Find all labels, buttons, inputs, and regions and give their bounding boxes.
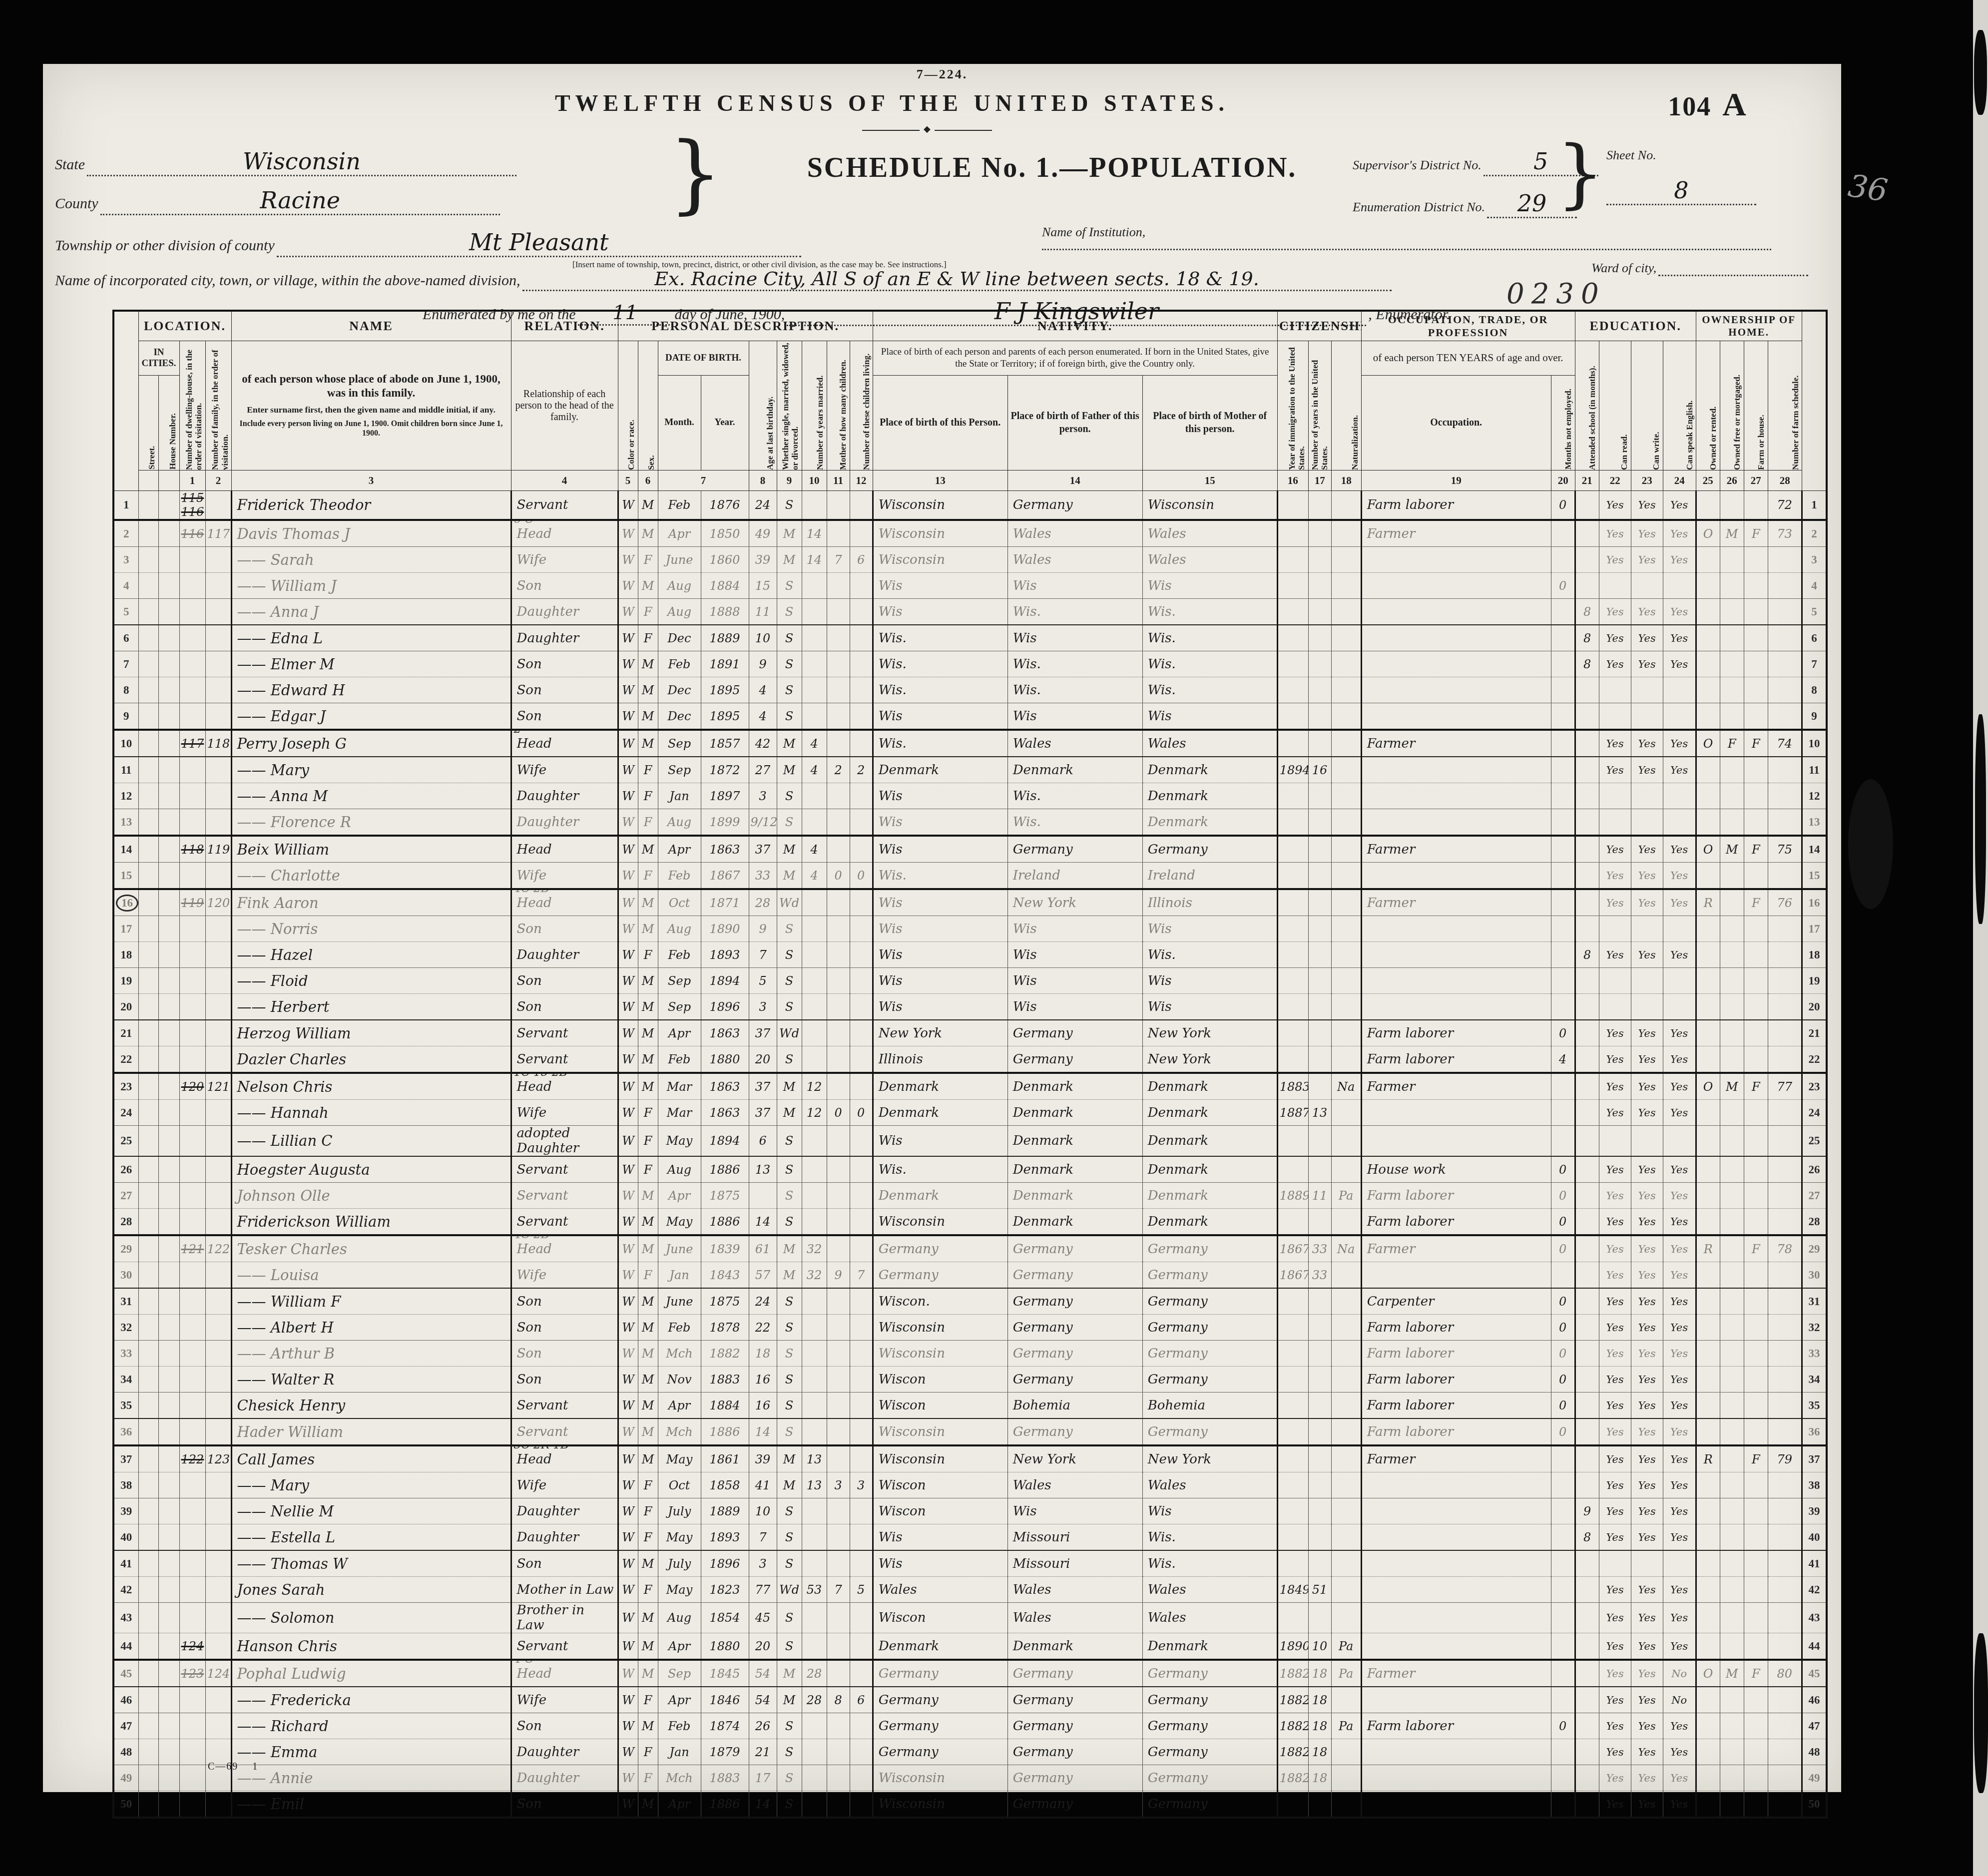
family-number-cell xyxy=(205,1100,231,1126)
street-cell xyxy=(138,1418,158,1445)
pob-mother-cell: Wis. xyxy=(1142,1550,1277,1577)
children-living-cell xyxy=(850,1126,873,1157)
column-number-row: 1234567891011121314151617181920212223242… xyxy=(113,470,1827,491)
name-cell: Nelson Chris xyxy=(231,1073,511,1100)
pob-person-cell: Wiscon xyxy=(873,1367,1007,1393)
sex-cell: M xyxy=(638,836,658,863)
immigration-year-cell xyxy=(1277,836,1308,863)
farm-schedule-cell xyxy=(1768,942,1802,968)
marital-status-cell: S xyxy=(777,1498,802,1524)
children-living-cell xyxy=(850,1020,873,1046)
can-read-cell: Yes xyxy=(1599,1209,1631,1236)
name-cell: —— Thomas W xyxy=(231,1550,511,1577)
line-number-left: 29 xyxy=(113,1235,138,1262)
can-write-cell: Yes xyxy=(1631,1472,1663,1498)
line-number-right: 10 xyxy=(1802,730,1827,757)
mother-of-children-cell xyxy=(827,1126,850,1157)
birth-month-cell: Mch xyxy=(658,1341,701,1367)
house-number-cell xyxy=(158,1739,179,1765)
line-number-left: 5 xyxy=(113,599,138,625)
free-mortgaged-cell: M xyxy=(1720,1073,1744,1100)
can-speak-english-cell: Yes xyxy=(1663,520,1696,547)
owned-rented-cell xyxy=(1696,1020,1720,1046)
owned-rented-cell xyxy=(1696,942,1720,968)
farm-house-cell xyxy=(1744,1739,1768,1765)
farm-schedule-cell xyxy=(1768,1046,1802,1073)
sex-cell: M xyxy=(638,1550,658,1577)
house-number-cell xyxy=(158,651,179,677)
mother-of-children-cell xyxy=(827,783,850,809)
pob-father-cell: Denmark xyxy=(1007,1156,1142,1183)
immigration-year-cell xyxy=(1277,520,1308,547)
family-number-cell xyxy=(205,1498,231,1524)
age-cell: 10 xyxy=(749,625,777,651)
column-number: 2 xyxy=(205,470,231,491)
enumerator-tally-note: 4C 2B xyxy=(514,1235,549,1241)
years-married-cell xyxy=(802,1418,827,1445)
line-number-right: 28 xyxy=(1802,1209,1827,1236)
years-married-cell xyxy=(802,1791,827,1818)
pob-person-cell: Wisconsin xyxy=(873,547,1007,573)
years-married-cell xyxy=(802,1739,827,1765)
owned-rented-cell xyxy=(1696,1393,1720,1419)
family-number-cell xyxy=(205,1550,231,1577)
immigration-year-cell xyxy=(1277,942,1308,968)
can-speak-english-cell: Yes xyxy=(1663,730,1696,757)
years-married-cell xyxy=(802,1046,827,1073)
column-number: 8 xyxy=(749,470,777,491)
free-mortgaged-cell xyxy=(1720,1288,1744,1315)
can-read-cell: Yes xyxy=(1599,1524,1631,1551)
line-number-left: 40 xyxy=(113,1524,138,1551)
years-married-cell xyxy=(802,1209,827,1236)
pob-person-cell: Wis xyxy=(873,836,1007,863)
birth-month-cell: Oct xyxy=(658,1472,701,1498)
line-number-left: 30 xyxy=(113,1262,138,1289)
attended-school-cell xyxy=(1575,520,1599,547)
farm-schedule-cell: 78 xyxy=(1768,1235,1802,1262)
naturalization-cell xyxy=(1331,625,1361,651)
birth-year-cell: 1889 xyxy=(701,625,749,651)
owned-rented-cell xyxy=(1696,1524,1720,1551)
relation-cell: Daughter xyxy=(511,1739,618,1765)
district-brace: } xyxy=(1556,144,1604,204)
color-race-cell: W xyxy=(618,1235,638,1262)
birth-month-cell: Sep xyxy=(658,1660,701,1687)
birth-year-cell: 1897 xyxy=(701,783,749,809)
house-number-cell xyxy=(158,1445,179,1472)
owned-rented-cell xyxy=(1696,1262,1720,1289)
marital-status-cell: S xyxy=(777,1713,802,1739)
farm-house-cell xyxy=(1744,1100,1768,1126)
name-cell: —— Hazel xyxy=(231,942,511,968)
name-cell: —— Arthur B xyxy=(231,1341,511,1367)
pob-mother-cell: Denmark xyxy=(1142,1633,1277,1660)
sex-cell: M xyxy=(638,730,658,757)
can-read-cell: Yes xyxy=(1599,730,1631,757)
dwelling-number-header: Number of dwelling-house, in the order o… xyxy=(179,341,205,470)
farm-house-cell xyxy=(1744,1418,1768,1445)
pob-father-cell: Wales xyxy=(1007,1577,1142,1603)
relation-cell: Son xyxy=(511,1315,618,1341)
birth-month-cell: Sep xyxy=(658,730,701,757)
years-in-us-cell: 13 xyxy=(1308,1100,1331,1126)
dwelling-number-cell xyxy=(179,703,205,730)
years-in-us-cell: 18 xyxy=(1308,1739,1331,1765)
age-cell: 33 xyxy=(749,863,777,890)
can-read-cell: Yes xyxy=(1599,1288,1631,1315)
name-cell: —— Mary xyxy=(231,757,511,783)
dwelling-number-cell xyxy=(179,547,205,573)
years-married-cell xyxy=(802,942,827,968)
relation-cell: Son xyxy=(511,916,618,942)
attended-school-cell xyxy=(1575,809,1599,836)
name-cell: Beix William xyxy=(231,836,511,863)
pob-father-cell: Germany xyxy=(1007,1687,1142,1713)
name-cell: —— Nellie M xyxy=(231,1498,511,1524)
line-number-right: 36 xyxy=(1802,1418,1827,1445)
color-race-cell: W xyxy=(618,573,638,599)
birth-year-cell: 1845 xyxy=(701,1660,749,1687)
pob-father-cell: New York xyxy=(1007,1445,1142,1472)
months-not-employed-cell xyxy=(1551,1577,1575,1603)
pob-father-cell: Germany xyxy=(1007,491,1142,520)
pob-father-cell: Wis. xyxy=(1007,599,1142,625)
mother-of-children-cell: 0 xyxy=(827,1100,850,1126)
pob-father-cell: Denmark xyxy=(1007,1633,1142,1660)
color-race-cell: W xyxy=(618,836,638,863)
dwelling-number-cell xyxy=(179,994,205,1020)
relation-cell: Daughter xyxy=(511,783,618,809)
can-write-cell xyxy=(1631,783,1663,809)
family-number-cell xyxy=(205,1126,231,1157)
sheet-page-number: 104A xyxy=(1668,86,1746,124)
sex-cell: F xyxy=(638,1687,658,1713)
house-number-cell xyxy=(158,1550,179,1577)
family-number-cell xyxy=(205,547,231,573)
farm-schedule-cell xyxy=(1768,677,1802,703)
family-number-cell: 121 xyxy=(205,1073,231,1100)
footer-form-code: C—69 1 xyxy=(208,1761,258,1773)
farm-house-cell xyxy=(1744,1524,1768,1551)
children-living-cell xyxy=(850,809,873,836)
birth-year-cell: 1884 xyxy=(701,573,749,599)
marital-status-cell: S xyxy=(777,1633,802,1660)
dwelling-number-cell: 118 xyxy=(179,836,205,863)
months-not-employed-cell: 0 xyxy=(1551,1020,1575,1046)
family-number-header: Number of family, in the order of visita… xyxy=(205,341,231,470)
line-number-right: 37 xyxy=(1802,1445,1827,1472)
pob-mother-cell: Germany xyxy=(1142,1367,1277,1393)
house-number-cell xyxy=(158,520,179,547)
marital-status-cell: S xyxy=(777,1367,802,1393)
census-row: 6—— Edna LDaughterWFDec188910SWis.WisWis… xyxy=(113,625,1827,651)
free-mortgaged-cell xyxy=(1720,573,1744,599)
pob-person-cell: Wiscon xyxy=(873,1498,1007,1524)
birth-month-cell: Dec xyxy=(658,625,701,651)
scan-blob xyxy=(1974,30,1987,115)
occupation-cell: Farmer xyxy=(1361,889,1551,916)
dwelling-number-cell xyxy=(179,942,205,968)
house-number-cell xyxy=(158,1791,179,1818)
pob-father-cell: Wis xyxy=(1007,1498,1142,1524)
can-speak-english-cell xyxy=(1663,1126,1696,1157)
can-read-cell: Yes xyxy=(1599,651,1631,677)
children-living-cell xyxy=(850,1315,873,1341)
census-row: 42Jones SarahMother in LawWFMay182377Wd5… xyxy=(113,1577,1827,1603)
immigration-year-cell xyxy=(1277,968,1308,994)
marital-status-cell: S xyxy=(777,1524,802,1551)
months-not-employed-cell: 0 xyxy=(1551,1341,1575,1367)
relation-cell: Son xyxy=(511,994,618,1020)
can-write-cell: Yes xyxy=(1631,651,1663,677)
street-cell xyxy=(138,1209,158,1236)
age-cell: 22 xyxy=(749,1315,777,1341)
mother-of-children-cell xyxy=(827,491,850,520)
occupation-cell xyxy=(1361,599,1551,625)
name-cell: —— Edna L xyxy=(231,625,511,651)
pob-father-cell: Germany xyxy=(1007,1020,1142,1046)
children-living-cell xyxy=(850,1073,873,1100)
name-cell: Call James xyxy=(231,1445,511,1472)
farm-schedule-cell: 80 xyxy=(1768,1660,1802,1687)
name-cell: —— Norris xyxy=(231,916,511,942)
sex-cell: M xyxy=(638,677,658,703)
marital-status-cell: S xyxy=(777,1341,802,1367)
years-married-cell xyxy=(802,1765,827,1791)
owned-rented-cell xyxy=(1696,677,1720,703)
sex-cell: M xyxy=(638,916,658,942)
pob-mother-cell: Denmark xyxy=(1142,757,1277,783)
naturalization-cell: Na xyxy=(1331,1235,1361,1262)
sheet-line: Sheet No. 8 xyxy=(1606,148,1756,205)
color-race-cell: W xyxy=(618,599,638,625)
street-cell xyxy=(138,547,158,573)
line-number-right: 48 xyxy=(1802,1739,1827,1765)
pob-mother-cell: Wales xyxy=(1142,1577,1277,1603)
farm-house-cell xyxy=(1744,1126,1768,1157)
can-speak-english-cell xyxy=(1663,703,1696,730)
family-number-cell xyxy=(205,916,231,942)
can-write-cell: Yes xyxy=(1631,889,1663,916)
birth-year-cell: 1886 xyxy=(701,1791,749,1818)
can-read-cell xyxy=(1599,1550,1631,1577)
naturalization-cell xyxy=(1331,1393,1361,1419)
naturalization-cell xyxy=(1331,651,1361,677)
owned-rented-cell: O xyxy=(1696,1660,1720,1687)
marital-status-cell: S xyxy=(777,1126,802,1157)
can-read-cell: Yes xyxy=(1599,547,1631,573)
sex-cell: F xyxy=(638,809,658,836)
can-write-cell: Yes xyxy=(1631,547,1663,573)
birth-year-cell: 1839 xyxy=(701,1235,749,1262)
pob-father-cell: Germany xyxy=(1007,1262,1142,1289)
naturalization-cell xyxy=(1331,1498,1361,1524)
family-number-cell xyxy=(205,757,231,783)
line-number-left: 33 xyxy=(113,1341,138,1367)
color-race-cell: W xyxy=(618,863,638,890)
house-number-cell xyxy=(158,1046,179,1073)
mother-of-children-cell xyxy=(827,994,850,1020)
free-mortgaged-cell xyxy=(1720,1126,1744,1157)
can-write-cell xyxy=(1631,968,1663,994)
line-number-right: 13 xyxy=(1802,809,1827,836)
column-number: 1 xyxy=(179,470,205,491)
immigration-year-cell xyxy=(1277,1367,1308,1393)
marital-status-cell: M xyxy=(777,730,802,757)
line-number-right: 22 xyxy=(1802,1046,1827,1073)
birth-month-cell: Sep xyxy=(658,757,701,783)
column-number: 23 xyxy=(1631,470,1663,491)
can-read-cell xyxy=(1599,573,1631,599)
pob-father-cell: Germany xyxy=(1007,1235,1142,1262)
birth-year-cell: 1858 xyxy=(701,1472,749,1498)
name-group-header: NAME xyxy=(231,311,511,341)
mother-of-children-cell xyxy=(827,889,850,916)
years-married-cell xyxy=(802,1315,827,1341)
house-number-cell xyxy=(158,1765,179,1791)
birth-month-cell: Feb xyxy=(658,491,701,520)
can-read-cell xyxy=(1599,968,1631,994)
children-living-cell xyxy=(850,1341,873,1367)
family-number-cell xyxy=(205,1472,231,1498)
dwelling-number-cell xyxy=(179,916,205,942)
birth-year-cell: 1886 xyxy=(701,1156,749,1183)
pob-mother-cell: Germany xyxy=(1142,1713,1277,1739)
color-race-cell: W xyxy=(618,730,638,757)
pob-mother-cell: Wales xyxy=(1142,1603,1277,1633)
attended-school-cell xyxy=(1575,1550,1599,1577)
mother-of-children-cell xyxy=(827,573,850,599)
farm-schedule-cell xyxy=(1768,1341,1802,1367)
owned-rented-cell xyxy=(1696,1156,1720,1183)
dwelling-number-cell xyxy=(179,1126,205,1157)
pob-father-cell: Wis. xyxy=(1007,809,1142,836)
sex-cell: F xyxy=(638,1524,658,1551)
can-write-cell: Yes xyxy=(1631,1315,1663,1341)
pob-mother-cell: Wis. xyxy=(1142,625,1277,651)
line-number-right: 8 xyxy=(1802,677,1827,703)
pob-mother-cell: Germany xyxy=(1142,1315,1277,1341)
years-married-cell xyxy=(802,1367,827,1393)
birth-year-cell: 1867 xyxy=(701,863,749,890)
street-cell xyxy=(138,783,158,809)
free-mortgaged-cell: F xyxy=(1720,730,1744,757)
children-living-cell xyxy=(850,1209,873,1236)
color-race-cell: W xyxy=(618,1577,638,1603)
sheet-value: 8 xyxy=(1674,177,1688,204)
name-cell: Davis Thomas J xyxy=(231,520,511,547)
line-number-right: 33 xyxy=(1802,1341,1827,1367)
dwelling-number-cell xyxy=(179,1262,205,1289)
family-number-cell xyxy=(205,1603,231,1633)
color-race-cell: W xyxy=(618,1633,638,1660)
relation-cell: Son xyxy=(511,1288,618,1315)
years-in-us-cell xyxy=(1308,809,1331,836)
age-cell: 26 xyxy=(749,1713,777,1739)
mother-of-children-cell xyxy=(827,1445,850,1472)
occupation-cell: Farm laborer xyxy=(1361,1209,1551,1236)
marital-status-cell: S xyxy=(777,573,802,599)
years-married-cell xyxy=(802,1524,827,1551)
column-number: 18 xyxy=(1331,470,1361,491)
birth-year-cell: 1886 xyxy=(701,1209,749,1236)
naturalization-cell xyxy=(1331,1472,1361,1498)
pob-person-cell: Wisconsin xyxy=(873,1341,1007,1367)
birth-year-cell: 1857 xyxy=(701,730,749,757)
city-label: Name of incorporated city, town, or vill… xyxy=(55,272,520,289)
relation-cell: Servant xyxy=(511,1183,618,1209)
house-number-cell xyxy=(158,1660,179,1687)
can-write-cell xyxy=(1631,916,1663,942)
owned-rented-cell xyxy=(1696,994,1720,1020)
attended-school-cell xyxy=(1575,1235,1599,1262)
pob-person-cell: Wisconsin xyxy=(873,1765,1007,1791)
can-read-cell xyxy=(1599,916,1631,942)
owned-rented-header: Owned or rented. xyxy=(1696,341,1720,470)
column-number: 12 xyxy=(850,470,873,491)
attended-school-cell xyxy=(1575,703,1599,730)
pob-person-cell: Wisconsin xyxy=(873,1418,1007,1445)
naturalization-cell: Pa xyxy=(1331,1713,1361,1739)
occupation-cell xyxy=(1361,703,1551,730)
township-label: Township or other division of county xyxy=(55,237,275,254)
column-number: 22 xyxy=(1599,470,1631,491)
name-cell: —— Mary xyxy=(231,1472,511,1498)
can-write-cell: Yes xyxy=(1631,1739,1663,1765)
years-married-cell: 13 xyxy=(802,1472,827,1498)
marital-status-cell: M xyxy=(777,1687,802,1713)
pob-person-cell: Wis xyxy=(873,1126,1007,1157)
house-number-cell xyxy=(158,1577,179,1603)
pob-mother-cell: Germany xyxy=(1142,1660,1277,1687)
owned-rented-cell: R xyxy=(1696,1445,1720,1472)
line-number-left: 3 xyxy=(113,547,138,573)
years-in-us-cell xyxy=(1308,836,1331,863)
farm-schedule-cell xyxy=(1768,1577,1802,1603)
can-read-cell: Yes xyxy=(1599,1020,1631,1046)
family-number-cell xyxy=(205,783,231,809)
attended-school-cell xyxy=(1575,1603,1599,1633)
age-cell: 39 xyxy=(749,547,777,573)
sex-cell: F xyxy=(638,1156,658,1183)
street-header: Street. xyxy=(138,375,158,470)
can-speak-english-cell xyxy=(1663,809,1696,836)
color-race-header: Color or race. xyxy=(618,341,638,470)
age-cell: 13 xyxy=(749,1156,777,1183)
line-number-right: 6 xyxy=(1802,625,1827,651)
line-number-left: 45 xyxy=(113,1660,138,1687)
can-write-cell: Yes xyxy=(1631,1498,1663,1524)
line-number-right: 42 xyxy=(1802,1577,1827,1603)
owned-rented-cell xyxy=(1696,783,1720,809)
column-number: 25 xyxy=(1696,470,1720,491)
relation-cell: 1C 15 2BHead xyxy=(511,1073,618,1100)
line-number-right: 15 xyxy=(1802,863,1827,890)
pob-mother-cell: Germany xyxy=(1142,1687,1277,1713)
family-number-cell xyxy=(205,625,231,651)
attended-school-cell xyxy=(1575,1073,1599,1100)
immigration-year-cell: 1882 xyxy=(1277,1687,1308,1713)
pob-person-cell: Denmark xyxy=(873,1100,1007,1126)
census-row: 5—— Anna JDaughterWFAug188811SWisWis.Wis… xyxy=(113,599,1827,625)
nativity-group-header: NATIVITY. xyxy=(873,311,1277,341)
can-read-cell: Yes xyxy=(1599,757,1631,783)
sex-cell: M xyxy=(638,651,658,677)
pob-mother-cell: Wisconsin xyxy=(1142,491,1277,520)
pob-mother-cell: Denmark xyxy=(1142,1073,1277,1100)
street-cell xyxy=(138,994,158,1020)
